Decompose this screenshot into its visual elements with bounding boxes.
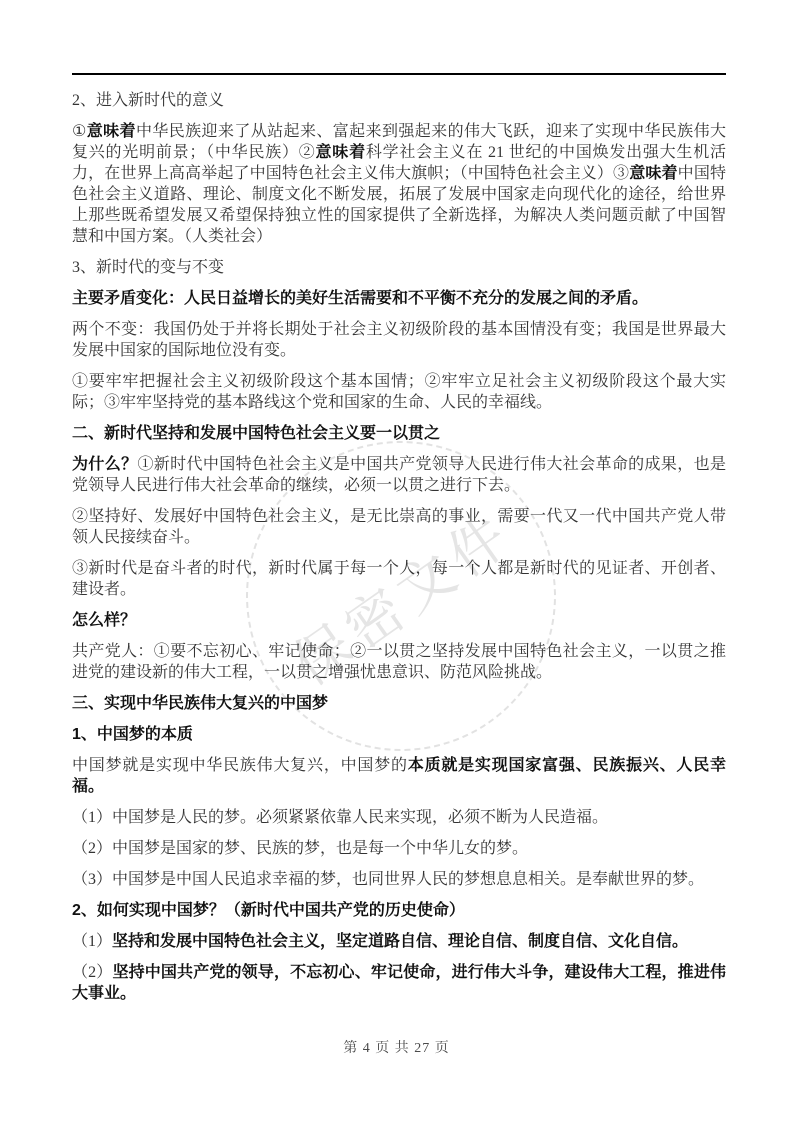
paragraph-6: ①要牢牢把握社会主义初级阶段这个基本国情；②牢牢立足社会主义初级阶段这个最大实际… — [72, 371, 726, 413]
text-run: 中国梦就是实现中华民族伟大复兴，中国梦的 — [72, 757, 408, 774]
text-run: （2） — [72, 964, 112, 981]
bold-text-run: 2、如何实现中国梦？（新时代中国共产党的历史使命） — [72, 902, 465, 919]
bold-text-run: 二、新时代坚持和发展中国特色社会主义要一以贯之 — [72, 425, 440, 442]
paragraph-11: 怎么样？ — [72, 610, 726, 631]
text-run: 3、新时代的变与不变 — [72, 259, 224, 276]
text-run: ①要牢牢把握社会主义初级阶段这个基本国情；②牢牢立足社会主义初级阶段这个最大实际… — [72, 373, 726, 411]
bold-text-run: 意味着 — [316, 144, 366, 161]
paragraph-8: 为什么？①新时代中国特色社会主义是中国共产党领导人民进行伟大社会革命的成果，也是… — [72, 454, 726, 496]
paragraph-7: 二、新时代坚持和发展中国特色社会主义要一以贯之 — [72, 423, 726, 444]
paragraph-5: 两个不变：我国仍处于并将长期处于社会主义初级阶段的基本国情没有变；我国是世界最大… — [72, 319, 726, 361]
bold-text-run: 1、中国梦的本质 — [72, 726, 193, 743]
paragraph-9: ②坚持好、发展好中国特色社会主义，是无比崇高的事业，需要一代又一代中国共产党人带… — [72, 506, 726, 548]
document-page: 保密文件 2、进入新时代的意义①意味着中华民族迎来了从站起来、富起来到强起来的伟… — [0, 0, 793, 1122]
page-footer: 第 4 页 共 27 页 — [0, 1037, 793, 1057]
bold-text-run: 坚持中国共产党的领导，不忘初心、牢记使命，进行伟大斗争，建设伟大工程，推进伟大事… — [72, 964, 726, 1002]
paragraph-1: 2、进入新时代的意义 — [72, 90, 726, 111]
bold-text-run: 主要矛盾变化：人民日益增长的美好生活需要和不平衡不充分的发展之间的矛盾。 — [72, 290, 648, 307]
paragraph-18: （3）中国梦是中国人民追求幸福的梦，也同世界人民的梦想息息相关。是奉献世界的梦。 — [72, 869, 726, 890]
text-run: ②坚持好、发展好中国特色社会主义，是无比崇高的事业，需要一代又一代中国共产党人带… — [72, 508, 726, 546]
paragraph-13: 三、实现中华民族伟大复兴的中国梦 — [72, 693, 726, 714]
paragraph-20: （1）坚持和发展中国特色社会主义，坚定道路自信、理论自信、制度自信、文化自信。 — [72, 931, 726, 952]
text-run: （1） — [72, 933, 112, 950]
paragraph-15: 中国梦就是实现中华民族伟大复兴，中国梦的本质就是实现国家富强、民族振兴、人民幸福… — [72, 755, 726, 797]
text-run: ③新时代是奋斗者的时代，新时代属于每一个人，每一个人都是新时代的见证者、开创者、… — [72, 560, 726, 598]
bold-text-run: 坚持和发展中国特色社会主义，坚定道路自信、理论自信、制度自信、文化自信。 — [112, 933, 688, 950]
paragraph-4: 主要矛盾变化：人民日益增长的美好生活需要和不平衡不充分的发展之间的矛盾。 — [72, 288, 726, 309]
paragraph-14: 1、中国梦的本质 — [72, 724, 726, 745]
text-run: 两个不变：我国仍处于并将长期处于社会主义初级阶段的基本国情没有变；我国是世界最大… — [72, 321, 726, 359]
text-run: 2、进入新时代的意义 — [72, 92, 224, 109]
page-number-text: 第 4 页 共 27 页 — [343, 1041, 450, 1056]
text-run: （1）中国梦是人民的梦。必须紧紧依靠人民来实现，必须不断为人民造福。 — [72, 809, 608, 826]
paragraph-2: ①意味着中华民族迎来了从站起来、富起来到强起来的伟大飞跃，迎来了实现中华民族伟大… — [72, 121, 726, 247]
header-rule — [72, 73, 726, 75]
paragraph-16: （1）中国梦是人民的梦。必须紧紧依靠人民来实现，必须不断为人民造福。 — [72, 807, 726, 828]
text-run: ①新时代中国特色社会主义是中国共产党领导人民进行伟大社会革命的成果，也是党领导人… — [72, 456, 726, 494]
paragraph-21: （2）坚持中国共产党的领导，不忘初心、牢记使命，进行伟大斗争，建设伟大工程，推进… — [72, 962, 726, 1004]
document-body: 2、进入新时代的意义①意味着中华民族迎来了从站起来、富起来到强起来的伟大飞跃，迎… — [72, 90, 726, 1014]
paragraph-10: ③新时代是奋斗者的时代，新时代属于每一个人，每一个人都是新时代的见证者、开创者、… — [72, 558, 726, 600]
text-run: ① — [72, 123, 87, 140]
bold-text-run: 意味着 — [629, 165, 677, 182]
bold-text-run: 为什么？ — [72, 456, 137, 473]
bold-text-run: 怎么样？ — [72, 612, 136, 629]
text-run: 共产党人：①要不忘初心、牢记使命；②一以贯之坚持发展中国特色社会主义，一以贯之推… — [72, 643, 726, 681]
bold-text-run: 意味着 — [87, 123, 136, 140]
paragraph-19: 2、如何实现中国梦？（新时代中国共产党的历史使命） — [72, 900, 726, 921]
paragraph-3: 3、新时代的变与不变 — [72, 257, 726, 278]
paragraph-17: （2）中国梦是国家的梦、民族的梦，也是每一个中华儿女的梦。 — [72, 838, 726, 859]
text-run: （2）中国梦是国家的梦、民族的梦，也是每一个中华儿女的梦。 — [72, 840, 528, 857]
text-run: （3）中国梦是中国人民追求幸福的梦，也同世界人民的梦想息息相关。是奉献世界的梦。 — [72, 871, 704, 888]
paragraph-12: 共产党人：①要不忘初心、牢记使命；②一以贯之坚持发展中国特色社会主义，一以贯之推… — [72, 641, 726, 683]
bold-text-run: 三、实现中华民族伟大复兴的中国梦 — [72, 695, 328, 712]
